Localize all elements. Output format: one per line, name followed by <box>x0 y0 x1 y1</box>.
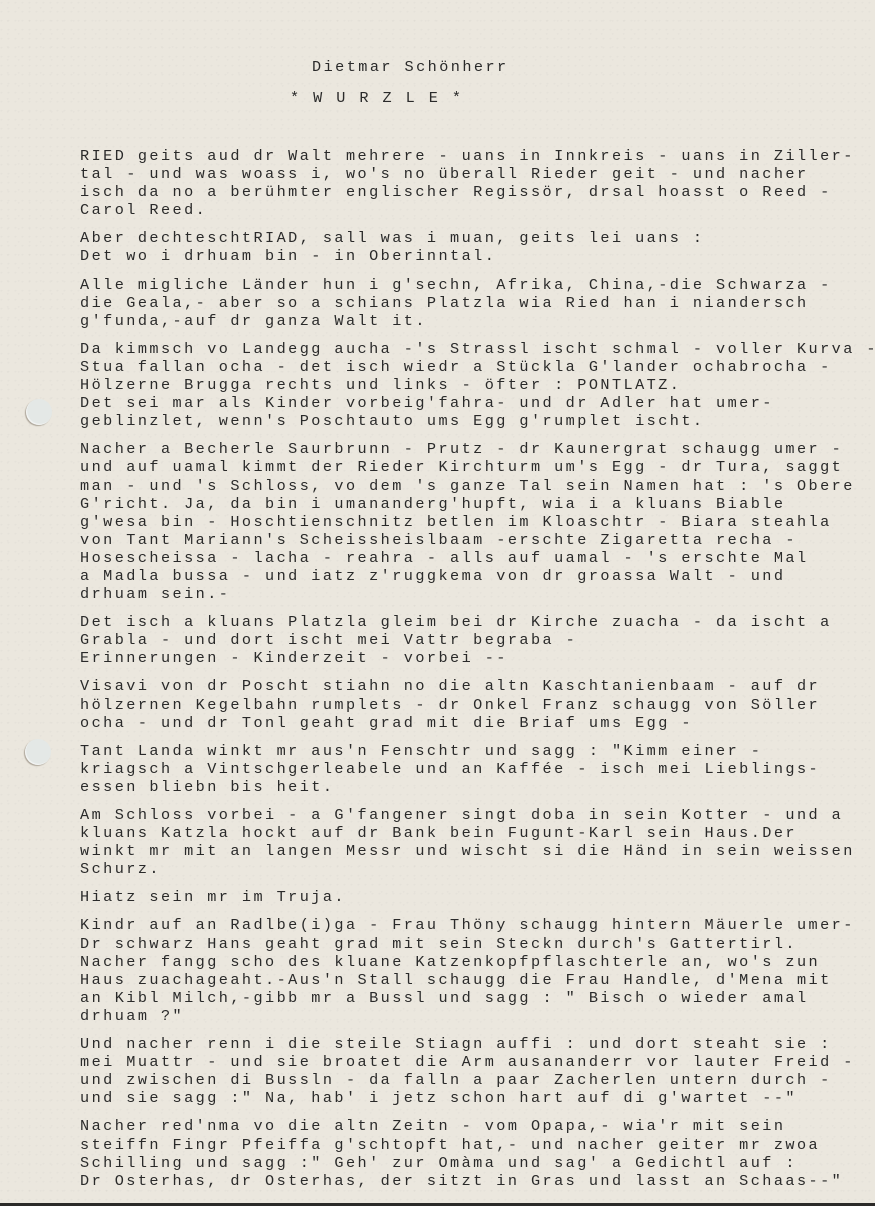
text-line: winkt mr mit an langen Messr und wischt … <box>80 842 870 860</box>
text-line: Nacher a Becherle Saurbrunn - Prutz - dr… <box>80 440 870 458</box>
punch-hole-bottom <box>25 739 51 765</box>
paragraph: Kindr auf an Radlbe(i)ga - Frau Thöny sc… <box>80 916 870 1025</box>
paragraph: Am Schloss vorbei - a G'fangener singt d… <box>80 806 870 878</box>
text-line: kriagsch a Vintschgerleabele und an Kaff… <box>80 760 870 778</box>
text-line: von Tant Mariann's Scheissheislbaam -ers… <box>80 531 870 549</box>
text-line: Visavi von dr Poscht stiahn no die altn … <box>80 677 870 695</box>
text-line: an Kibl Milch,-gibb mr a Bussl und sagg … <box>80 989 870 1007</box>
text-line: Nacher fangg scho des kluane Katzenkopfp… <box>80 953 870 971</box>
paragraph: Alle migliche Länder hun i g'sechn, Afri… <box>80 276 870 330</box>
paragraph: Nacher red'nma vo die altn Zeitn - vom O… <box>80 1117 870 1189</box>
text-line: essen bliebn bis heit. <box>80 778 870 796</box>
paragraph: Und nacher renn i die steile Stiagn auff… <box>80 1035 870 1107</box>
text-line: man - und 's Schloss, vo dem 's ganze Ta… <box>80 477 870 495</box>
text-line: Haus zuachageaht.-Aus'n Stall schaugg di… <box>80 971 870 989</box>
text-line: Tant Landa winkt mr aus'n Fenschtr und s… <box>80 742 870 760</box>
text-line: und sie sagg :" Na, hab' i jetz schon ha… <box>80 1089 870 1107</box>
text-line: Schurz. <box>80 860 870 878</box>
text-line: Hosescheissa - lacha - reahra - alls auf… <box>80 549 870 567</box>
text-line: Erinnerungen - Kinderzeit - vorbei -- <box>80 649 870 667</box>
text-line: geblinzlet, wenn's Poschtauto ums Egg g'… <box>80 412 870 430</box>
text-line: hölzernen Kegelbahn rumplets - dr Onkel … <box>80 696 870 714</box>
document-title: * W U R Z L E * <box>290 89 463 107</box>
author-name: Dietmar Schönherr <box>312 58 509 76</box>
punch-hole-top <box>26 399 52 425</box>
text-line: a Madla bussa - und iatz z'ruggkema von … <box>80 567 870 585</box>
text-line: ocha - und dr Tonl geaht grad mit die Br… <box>80 714 870 732</box>
scanned-page: Dietmar Schönherr * W U R Z L E * RIED g… <box>0 0 875 1203</box>
text-line: Grabla - und dort ischt mei Vattr begrab… <box>80 631 870 649</box>
text-line: kluans Katzla hockt auf dr Bank bein Fug… <box>80 824 870 842</box>
text-line: isch da no a berühmter englischer Regiss… <box>80 183 870 201</box>
text-line: und auf uamal kimmt der Rieder Kirchturm… <box>80 458 870 476</box>
paragraph: Aber dechteschtRIAD, sall was i muan, ge… <box>80 229 870 265</box>
paragraph: Tant Landa winkt mr aus'n Fenschtr und s… <box>80 742 870 796</box>
paragraph: Nacher a Becherle Saurbrunn - Prutz - dr… <box>80 440 870 603</box>
text-line: drhuam ?" <box>80 1007 870 1025</box>
text-line: steiffn Fingr Pfeiffa g'schtopft hat,- u… <box>80 1136 870 1154</box>
paragraph: Da kimmsch vo Landegg aucha -'s Strassl … <box>80 340 870 430</box>
paragraph: Hiatz sein mr im Truja. <box>80 888 870 906</box>
text-line: Alle migliche Länder hun i g'sechn, Afri… <box>80 276 870 294</box>
paragraph: Det isch a kluans Platzla gleim bei dr K… <box>80 613 870 667</box>
text-line: und zwischen di Bussln - da falln a paar… <box>80 1071 870 1089</box>
text-line: Det sei mar als Kinder vorbeig'fahra- un… <box>80 394 870 412</box>
text-line: Hölzerne Brugga rechts und links - öfter… <box>80 376 870 394</box>
text-line: Det isch a kluans Platzla gleim bei dr K… <box>80 613 870 631</box>
text-line: Kindr auf an Radlbe(i)ga - Frau Thöny sc… <box>80 916 870 934</box>
text-line: g'funda,-auf dr ganza Walt it. <box>80 312 870 330</box>
text-line: Dr Osterhas, dr Osterhas, der sitzt in G… <box>80 1172 870 1190</box>
text-line: Det wo i drhuam bin - in Oberinntal. <box>80 247 870 265</box>
text-line: Nacher red'nma vo die altn Zeitn - vom O… <box>80 1117 870 1135</box>
text-line: Aber dechteschtRIAD, sall was i muan, ge… <box>80 229 870 247</box>
paragraph: RIED geits aud dr Walt mehrere - uans in… <box>80 147 870 219</box>
text-line: die Geala,- aber so a schians Platzla wi… <box>80 294 870 312</box>
text-line: mei Muattr - und sie broatet die Arm aus… <box>80 1053 870 1071</box>
paragraph: Visavi von dr Poscht stiahn no die altn … <box>80 677 870 731</box>
text-line: Stua fallan ocha - det isch wiedr a Stüc… <box>80 358 870 376</box>
text-line: tal - und was woass i, wo's no überall R… <box>80 165 870 183</box>
text-line: RIED geits aud dr Walt mehrere - uans in… <box>80 147 870 165</box>
text-line: Schilling und sagg :" Geh' zur Omàma und… <box>80 1154 870 1172</box>
text-line: g'wesa bin - Hoschtienschnitz betlen im … <box>80 513 870 531</box>
text-line: G'richt. Ja, da bin i umananderg'hupft, … <box>80 495 870 513</box>
text-line: Am Schloss vorbei - a G'fangener singt d… <box>80 806 870 824</box>
text-line: drhuam sein.- <box>80 585 870 603</box>
text-line: Und nacher renn i die steile Stiagn auff… <box>80 1035 870 1053</box>
text-line: Hiatz sein mr im Truja. <box>80 888 870 906</box>
text-line: Dr schwarz Hans geaht grad mit sein Stec… <box>80 935 870 953</box>
text-line: Carol Reed. <box>80 201 870 219</box>
document-body: RIED geits aud dr Walt mehrere - uans in… <box>80 147 870 1200</box>
text-line: Da kimmsch vo Landegg aucha -'s Strassl … <box>80 340 870 358</box>
